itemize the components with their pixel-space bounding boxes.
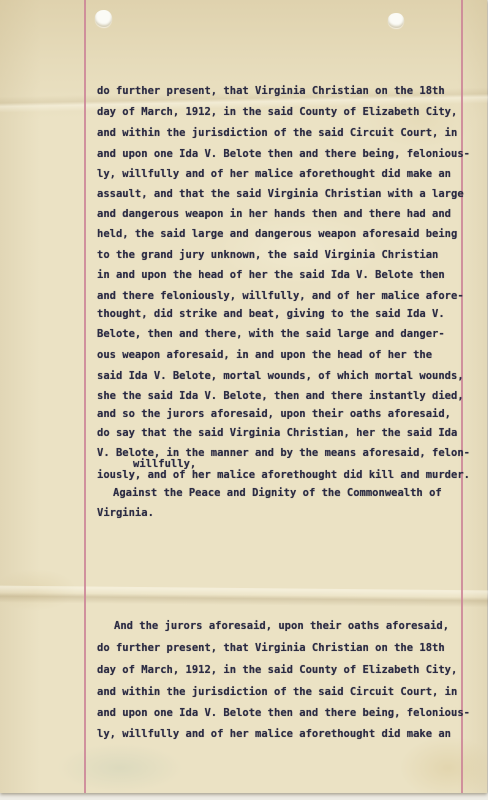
- scanned-page: do further present, that Virginia Christ…: [0, 0, 488, 800]
- typed-line: day of March, 1912, in the said County o…: [97, 664, 457, 676]
- typed-line: thought, did strike and beat, giving to …: [97, 308, 445, 320]
- typed-line: and dangerous weapon in her hands then a…: [97, 208, 451, 220]
- typed-line: to the grand jury unknown, the said Virg…: [97, 249, 438, 261]
- typed-line: said Ida V. Belote, mortal wounds, of wh…: [97, 370, 464, 382]
- typed-line: ous weapon aforesaid, in and upon the he…: [97, 349, 432, 361]
- typed-line: do further present, that Virginia Christ…: [97, 85, 445, 97]
- typed-line: and within the jurisdiction of the said …: [97, 127, 457, 139]
- typed-line: And the jurors aforesaid, upon their oat…: [114, 620, 449, 632]
- typed-line: Against the Peace and Dignity of the Com…: [113, 487, 442, 499]
- typed-line: and within the jurisdiction of the said …: [97, 686, 457, 698]
- typed-line: she the said Ida V. Belote, then and the…: [97, 390, 464, 402]
- typed-line: ly, willfully and of her malice aforetho…: [97, 728, 451, 740]
- typed-line: and there feloniously, willfully, and of…: [97, 290, 464, 302]
- paper-sheet: do further present, that Virginia Christ…: [0, 0, 487, 793]
- typed-line: assault, and that the said Virginia Chri…: [97, 188, 464, 200]
- typed-line: and upon one Ida V. Belote then and ther…: [97, 707, 470, 719]
- typed-line: day of March, 1912, in the said County o…: [97, 106, 457, 118]
- typed-line: iously, and of her malice aforethought d…: [97, 469, 470, 481]
- typed-line: and upon one Ida V. Belote then and ther…: [97, 148, 470, 160]
- typed-line: do say that the said Virginia Christian,…: [97, 427, 457, 439]
- typed-line: held, the said large and dangerous weapo…: [97, 228, 457, 240]
- typed-text-layer: do further present, that Virginia Christ…: [0, 0, 487, 793]
- typed-line: ly, willfully and of her malice aforetho…: [97, 168, 451, 180]
- typed-line: in and upon the head of her the said Ida…: [97, 269, 445, 281]
- typed-line: Belote, then and there, with the said la…: [97, 328, 445, 340]
- typed-line: and so the jurors aforesaid, upon their …: [97, 408, 451, 420]
- typed-line: Virginia.: [97, 507, 154, 519]
- typed-line: do further present, that Virginia Christ…: [97, 642, 445, 654]
